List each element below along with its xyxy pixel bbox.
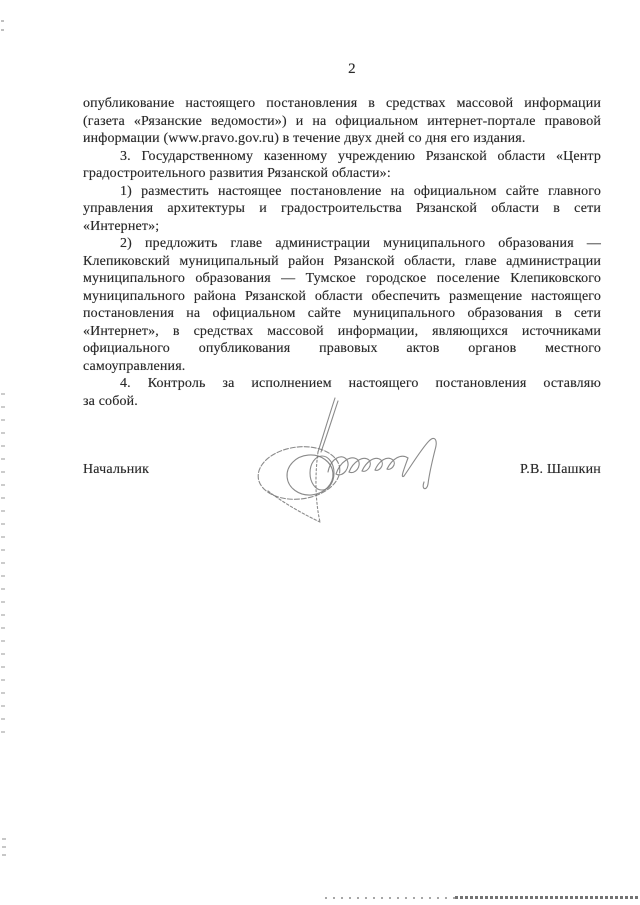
text-line: управления архитектуры и градостроительс… (83, 200, 601, 218)
text-line: градостроительного развития Рязанской об… (83, 165, 601, 183)
document-body: опубликование настоящего постановления в… (83, 95, 601, 410)
scan-noise-bottom-dense (455, 896, 640, 899)
text-line: муниципального образования — Тумское гор… (83, 270, 601, 288)
scan-noise-left-strip (1, 393, 5, 738)
text-line: «Интернет»; (83, 218, 601, 236)
handwritten-signature (230, 390, 460, 540)
scan-noise-bottom-sparse (325, 897, 455, 899)
text-line: 3. Государственному казенному учреждению… (83, 148, 601, 166)
text-line: самоуправления. (83, 358, 601, 376)
text-line: муниципального района Рязанской области … (83, 288, 601, 306)
text-line: опубликование настоящего постановления в… (83, 95, 601, 113)
text-line: 2) предложить главе администрации муници… (83, 235, 601, 253)
text-line: официального опубликования правовых акто… (83, 340, 601, 358)
text-line: постановления на официальном сайте муниц… (83, 305, 601, 323)
scanned-document-page: 2 опубликование настоящего постановления… (0, 0, 640, 905)
signer-role: Начальник (83, 461, 149, 478)
text-line: Клепиковский муниципальный район Рязанск… (83, 253, 601, 271)
scan-noise-left-bottom (2, 838, 6, 860)
signer-name: Р.В. Шашкин (520, 461, 601, 478)
scan-noise-left-top (1, 20, 4, 38)
text-line: 1) разместить настоящее постановление на… (83, 183, 601, 201)
text-line: информации (www.pravo.gov.ru) в течение … (83, 130, 601, 148)
text-line: (газета «Рязанские ведомости») и на офиц… (83, 113, 601, 131)
text-line: «Интернет», в средствах массовой информа… (83, 323, 601, 341)
page-number: 2 (83, 61, 621, 78)
